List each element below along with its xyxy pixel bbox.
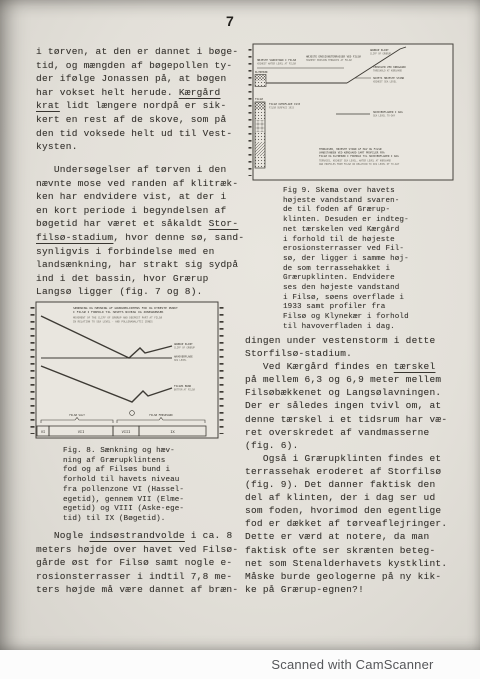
figure-8-diagram: SÆNKNING OG HÆVNING AF GRÆRUPKLINTENS FO… [29,300,225,442]
camscanner-label: Scanned with CamScanner [271,657,433,672]
left-scale-ticks [249,48,253,176]
paragraph-indsostrandvolde: Nogle indsøstrandvolde i ca. 8meters høj… [36,529,238,597]
label-taerskel-en: THRESHOLD AT KÆRGAARD [373,70,403,73]
figure-9-note-5: AND PROFILES FROM FILSØ IN RELATION TO S… [319,163,400,166]
label-graerup-klint-en: CLIFF OF GRÆRUP [174,347,195,350]
right-scale-ticks [220,306,224,434]
figure-9-note-2: VANDSTANDEN VED KÆRGAARD SAMT PROFILER F… [319,151,385,155]
zone-vii: VII [78,430,85,434]
label-sealevel-da: HAVOVERFLADEN I DAG [373,110,403,114]
label-havoverflade-da: HAVOVERFLADE [174,355,193,359]
label-klint-da: GRÆRUP KLINT [370,48,389,52]
label-taerskel-da: TÆRSKLEN VED KÆRGAARD [373,65,406,69]
header-terrasse-en: HIGHEST EROSION TERRACES AT FILSØ [306,59,352,62]
figure-8-title-da-2: I FILSØ I FORHOLD TIL HAVETS NIVEAU OG Z… [73,309,164,314]
scanned-page: 7 i tørven, at den er dannet i bøge-tid,… [0,0,480,650]
zone-viii: VIII [122,430,131,434]
label-klynekaer: KLYNEKÆR [255,70,268,74]
figure-8-caption: Fig. 8. Sænkning og hæv-ning af Grærupkl… [63,447,184,525]
paragraph-undersogelser: Undersøgelser af tørven i dennævnte mose… [36,163,244,299]
paragraph-right-column: dingen under vestenstorm i detteStorfils… [245,334,447,596]
figure-9-caption: Fig 9. Skema over havetshøjeste vandstan… [283,187,409,333]
camscanner-footer: Scanned with CamScanner [0,650,480,679]
label-filsos-bund-en: BOTTOM AT FILSØ [174,389,195,392]
label-graerup-klint-da: GRÆRUP KLINT [174,342,193,346]
figure-9-diagram: HØJESTE VANDSTAND I FILSØ HIGHEST WATER … [248,42,458,183]
klynekaer-profile-column [255,75,266,87]
label-hoejeste-en: HIGHEST SEA LEVEL [373,81,397,84]
label-havoverflade-en: SEA LEVEL [174,359,187,362]
label-overflade-en: FILSØ SURFACE 1933 [269,107,295,110]
header-vandstand-en: HIGHEST WATER LEVEL AT FILSØ [257,63,296,66]
figure-8-title-en-2: IN RELATION TO SEA LEVEL - AND POLLENANA… [73,320,153,324]
paragraph-torven: i tørven, at den er dannet i bøge-tid, o… [36,45,238,154]
left-scale-ticks [31,306,35,434]
label-klint-en: CLIFF OF GRÆRUP [370,53,391,56]
filso-profile-column [255,102,265,168]
page-number: 7 [226,13,235,29]
zone-vi: VI [41,430,45,434]
label-sealevel-en: SEA LEVEL TO-DAY [373,115,396,118]
